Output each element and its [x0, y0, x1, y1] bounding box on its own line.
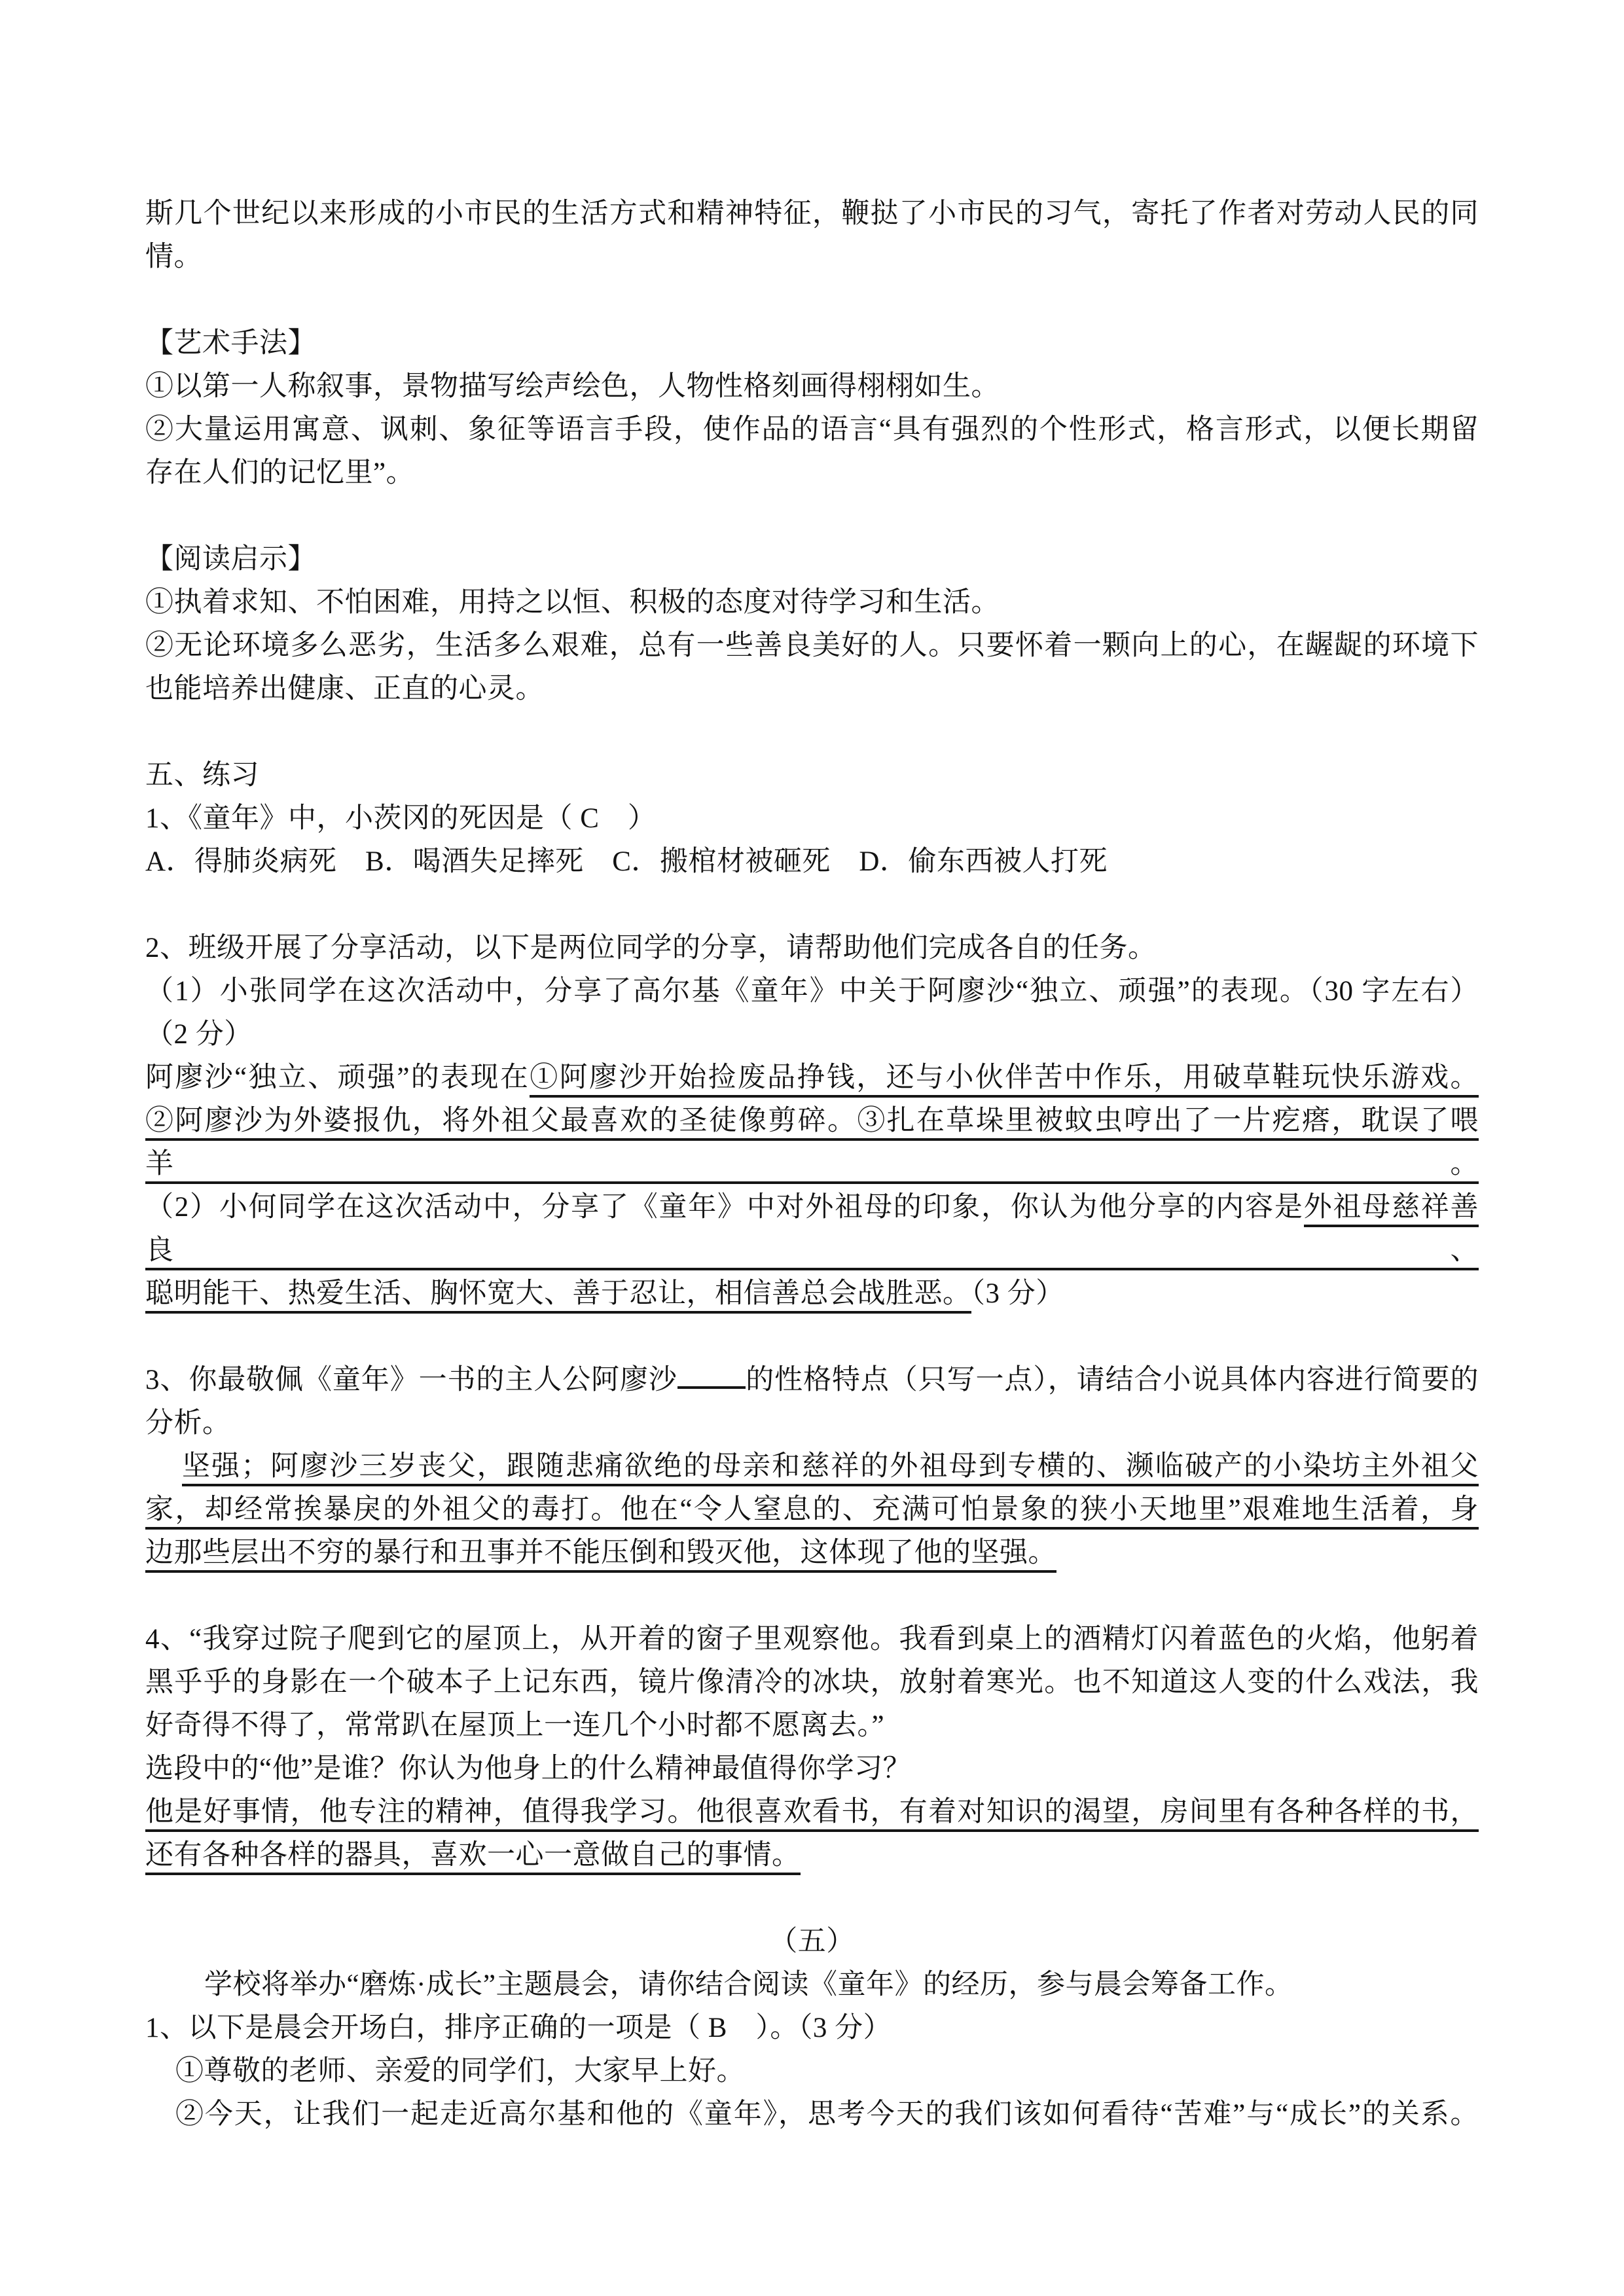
blank-line: [145, 1877, 1479, 1920]
section-5-heading: （五）: [145, 1920, 1479, 1964]
q2-answer1-prefix: 阿廖沙“独立、顽强”的表现在: [145, 1062, 530, 1093]
intro-line-1: 斯几个世纪以来形成的小市民的生活方式和精神特征，鞭挞了小市民的习气，寄托了作者对…: [145, 192, 1479, 236]
q3-answer-underlined-3: 边那些层出不穷的暴行和丑事并不能压倒和毁灭他，这体现了他的坚强。: [145, 1537, 1056, 1573]
blank-line: [145, 1575, 1479, 1618]
q1-options: A．得肺炎病死 B．喝酒失足摔死 C．搬棺材被砸死 D．偷东西被人打死: [145, 840, 1479, 884]
q4-answer-underlined-1: 他是好事情，他专注的精神，值得我学习。他很喜欢看书，有着对知识的渴望，房间里有各…: [145, 1797, 1479, 1832]
blank-line: [145, 711, 1479, 754]
q3-answer-underlined-1: 坚强；阿廖沙三岁丧父，跟随悲痛欲绝的母亲和慈祥的外祖母到专横的、濒临破产的小染坊…: [182, 1451, 1479, 1486]
section-5-q1-stem: 1、以下是晨会开场白，排序正确的一项是（ B ）。（3 分）: [145, 2007, 1479, 2050]
blank-line: [145, 279, 1479, 322]
q3-answer-line-3: 边那些层出不穷的暴行和丑事并不能压倒和毁灭他，这体现了他的坚强。: [145, 1532, 1479, 1575]
art-item-1: ①以第一人称叙事，景物描写绘声绘色，人物性格刻画得栩栩如生。: [145, 365, 1479, 408]
art-item-2-line-1: ②大量运用寓意、讽刺、象征等语言手段，使作品的语言“具有强烈的个性形式，格言形式…: [145, 408, 1479, 452]
q2-stem: 2、班级开展了分享活动，以下是两位同学的分享，请帮助他们完成各自的任务。: [145, 927, 1479, 970]
q3-stem-line-1: 3、你最敬佩《童年》一书的主人公阿廖沙的性格特点（只写一点），请结合小说具体内容…: [145, 1359, 1479, 1402]
q4-answer-underlined-2: 还有各种各样的器具，喜欢一心一意做自己的事情。: [145, 1840, 801, 1875]
reading-insight-heading: 【阅读启示】: [145, 538, 1479, 581]
q3-answer-line-1: 坚强；阿廖沙三岁丧父，跟随悲痛欲绝的母亲和慈祥的外祖母到专横的、濒临破产的小染坊…: [145, 1445, 1479, 1488]
q2-answer1-line-1: 阿廖沙“独立、顽强”的表现在①阿廖沙开始捡废品挣钱，还与小伙伴苦中作乐，用破草鞋…: [145, 1056, 1479, 1100]
worksheet-page: 斯几个世纪以来形成的小市民的生活方式和精神特征，鞭挞了小市民的习气，寄托了作者对…: [0, 0, 1624, 2296]
section-5-q1-item-1: ①尊敬的老师、亲爱的同学们，大家早上好。: [145, 2050, 1479, 2093]
q2-part2-line-2: 聪明能干、热爱生活、胸怀宽大、善于忍让，相信善总会战胜恶。（3 分）: [145, 1272, 1479, 1316]
q2-part1-line-2: （2 分）: [145, 1013, 1479, 1056]
fill-in-blank: [677, 1360, 746, 1389]
q4-stem-line-1: 4、“我穿过院子爬到它的屋顶上，从开着的窗子里观察他。我看到桌上的酒精灯闪着蓝色…: [145, 1618, 1479, 1661]
q3-stem-suffix: 的性格特点（只写一点），请结合小说具体内容进行简要的: [746, 1365, 1479, 1395]
q3-answer-underlined-2: 家，却经常挨暴戾的外祖父的毒打。他在“令人窒息的、充满可怕景象的狭小天地里”艰难…: [145, 1494, 1479, 1530]
insight-item-2-line-1: ②无论环境多么恶劣，生活多么艰难，总有一些善良美好的人。只要怀着一颗向上的心，在…: [145, 624, 1479, 668]
q2-part2-prefix: （2）小何同学在这次活动中，分享了《童年》中对外祖母的印象，你认为他分享的内容是: [145, 1192, 1304, 1223]
q2-answer1-underlined-2: ②阿廖沙为外婆报仇，将外祖父最喜欢的圣徒像剪碎。③扎在草垛里被蚊虫哼出了一片疙瘩…: [145, 1105, 1479, 1184]
q4-answer-line-1: 他是好事情，他专注的精神，值得我学习。他很喜欢看书，有着对知识的渴望，房间里有各…: [145, 1791, 1479, 1834]
q1-stem: 1、《童年》中，小茨冈的死因是（ C ）: [145, 797, 1479, 840]
q2-answer1-line-2: ②阿廖沙为外婆报仇，将外祖父最喜欢的圣徒像剪碎。③扎在草垛里被蚊虫哼出了一片疙瘩…: [145, 1100, 1479, 1186]
art-item-2-line-2: 存在人们的记忆里”。: [145, 452, 1479, 495]
q4-question: 选段中的“他”是谁？你认为他身上的什么精神最值得你学习？: [145, 1748, 1479, 1791]
q2-part1-line-1: （1）小张同学在这次活动中，分享了高尔基《童年》中关于阿廖沙“独立、顽强”的表现…: [145, 970, 1479, 1013]
q2-answer2-underlined-2: 聪明能干、热爱生活、胸怀宽大、善于忍让，相信善总会战胜恶。: [145, 1278, 971, 1314]
q2-part2-line-1: （2）小何同学在这次活动中，分享了《童年》中对外祖母的印象，你认为他分享的内容是…: [145, 1186, 1479, 1272]
q2-answer1-underlined-1: ①阿廖沙开始捡废品挣钱，还与小伙伴苦中作乐，用破草鞋玩快乐游戏。: [530, 1062, 1479, 1098]
q3-stem-prefix: 3、你最敬佩《童年》一书的主人公阿廖沙: [145, 1365, 677, 1395]
q4-answer-line-2: 还有各种各样的器具，喜欢一心一意做自己的事情。: [145, 1834, 1479, 1877]
blank-line: [145, 884, 1479, 927]
insight-item-1: ①执着求知、不怕困难，用持之以恒、积极的态度对待学习和生活。: [145, 581, 1479, 624]
q2-part2-score: （3 分）: [971, 1278, 1064, 1309]
q3-stem-line-2: 分析。: [145, 1402, 1479, 1445]
insight-item-2-line-2: 也能培养出健康、正直的心灵。: [145, 668, 1479, 711]
q3-answer-line-2: 家，却经常挨暴戾的外祖父的毒打。他在“令人窒息的、充满可怕景象的狭小天地里”艰难…: [145, 1488, 1479, 1532]
blank-line: [145, 1316, 1479, 1359]
q4-stem-line-3: 好奇得不得了，常常趴在屋顶上一连几个小时都不愿离去。”: [145, 1704, 1479, 1748]
exercises-heading: 五、练习: [145, 754, 1479, 797]
document-content: 斯几个世纪以来形成的小市民的生活方式和精神特征，鞭挞了小市民的习气，寄托了作者对…: [145, 192, 1479, 2136]
intro-line-2: 情。: [145, 236, 1479, 279]
art-technique-heading: 【艺术手法】: [145, 322, 1479, 365]
section-5-intro: 学校将举办“磨炼·成长”主题晨会，请你结合阅读《童年》的经历，参与晨会筹备工作。: [145, 1964, 1479, 2007]
blank-line: [145, 495, 1479, 538]
q4-stem-line-2: 黑乎乎的身影在一个破本子上记东西，镜片像清冷的冰块，放射着寒光。也不知道这人变的…: [145, 1661, 1479, 1704]
section-5-q1-item-2: ②今天，让我们一起走近高尔基和他的《童年》，思考今天的我们该如何看待“苦难”与“…: [145, 2093, 1479, 2136]
